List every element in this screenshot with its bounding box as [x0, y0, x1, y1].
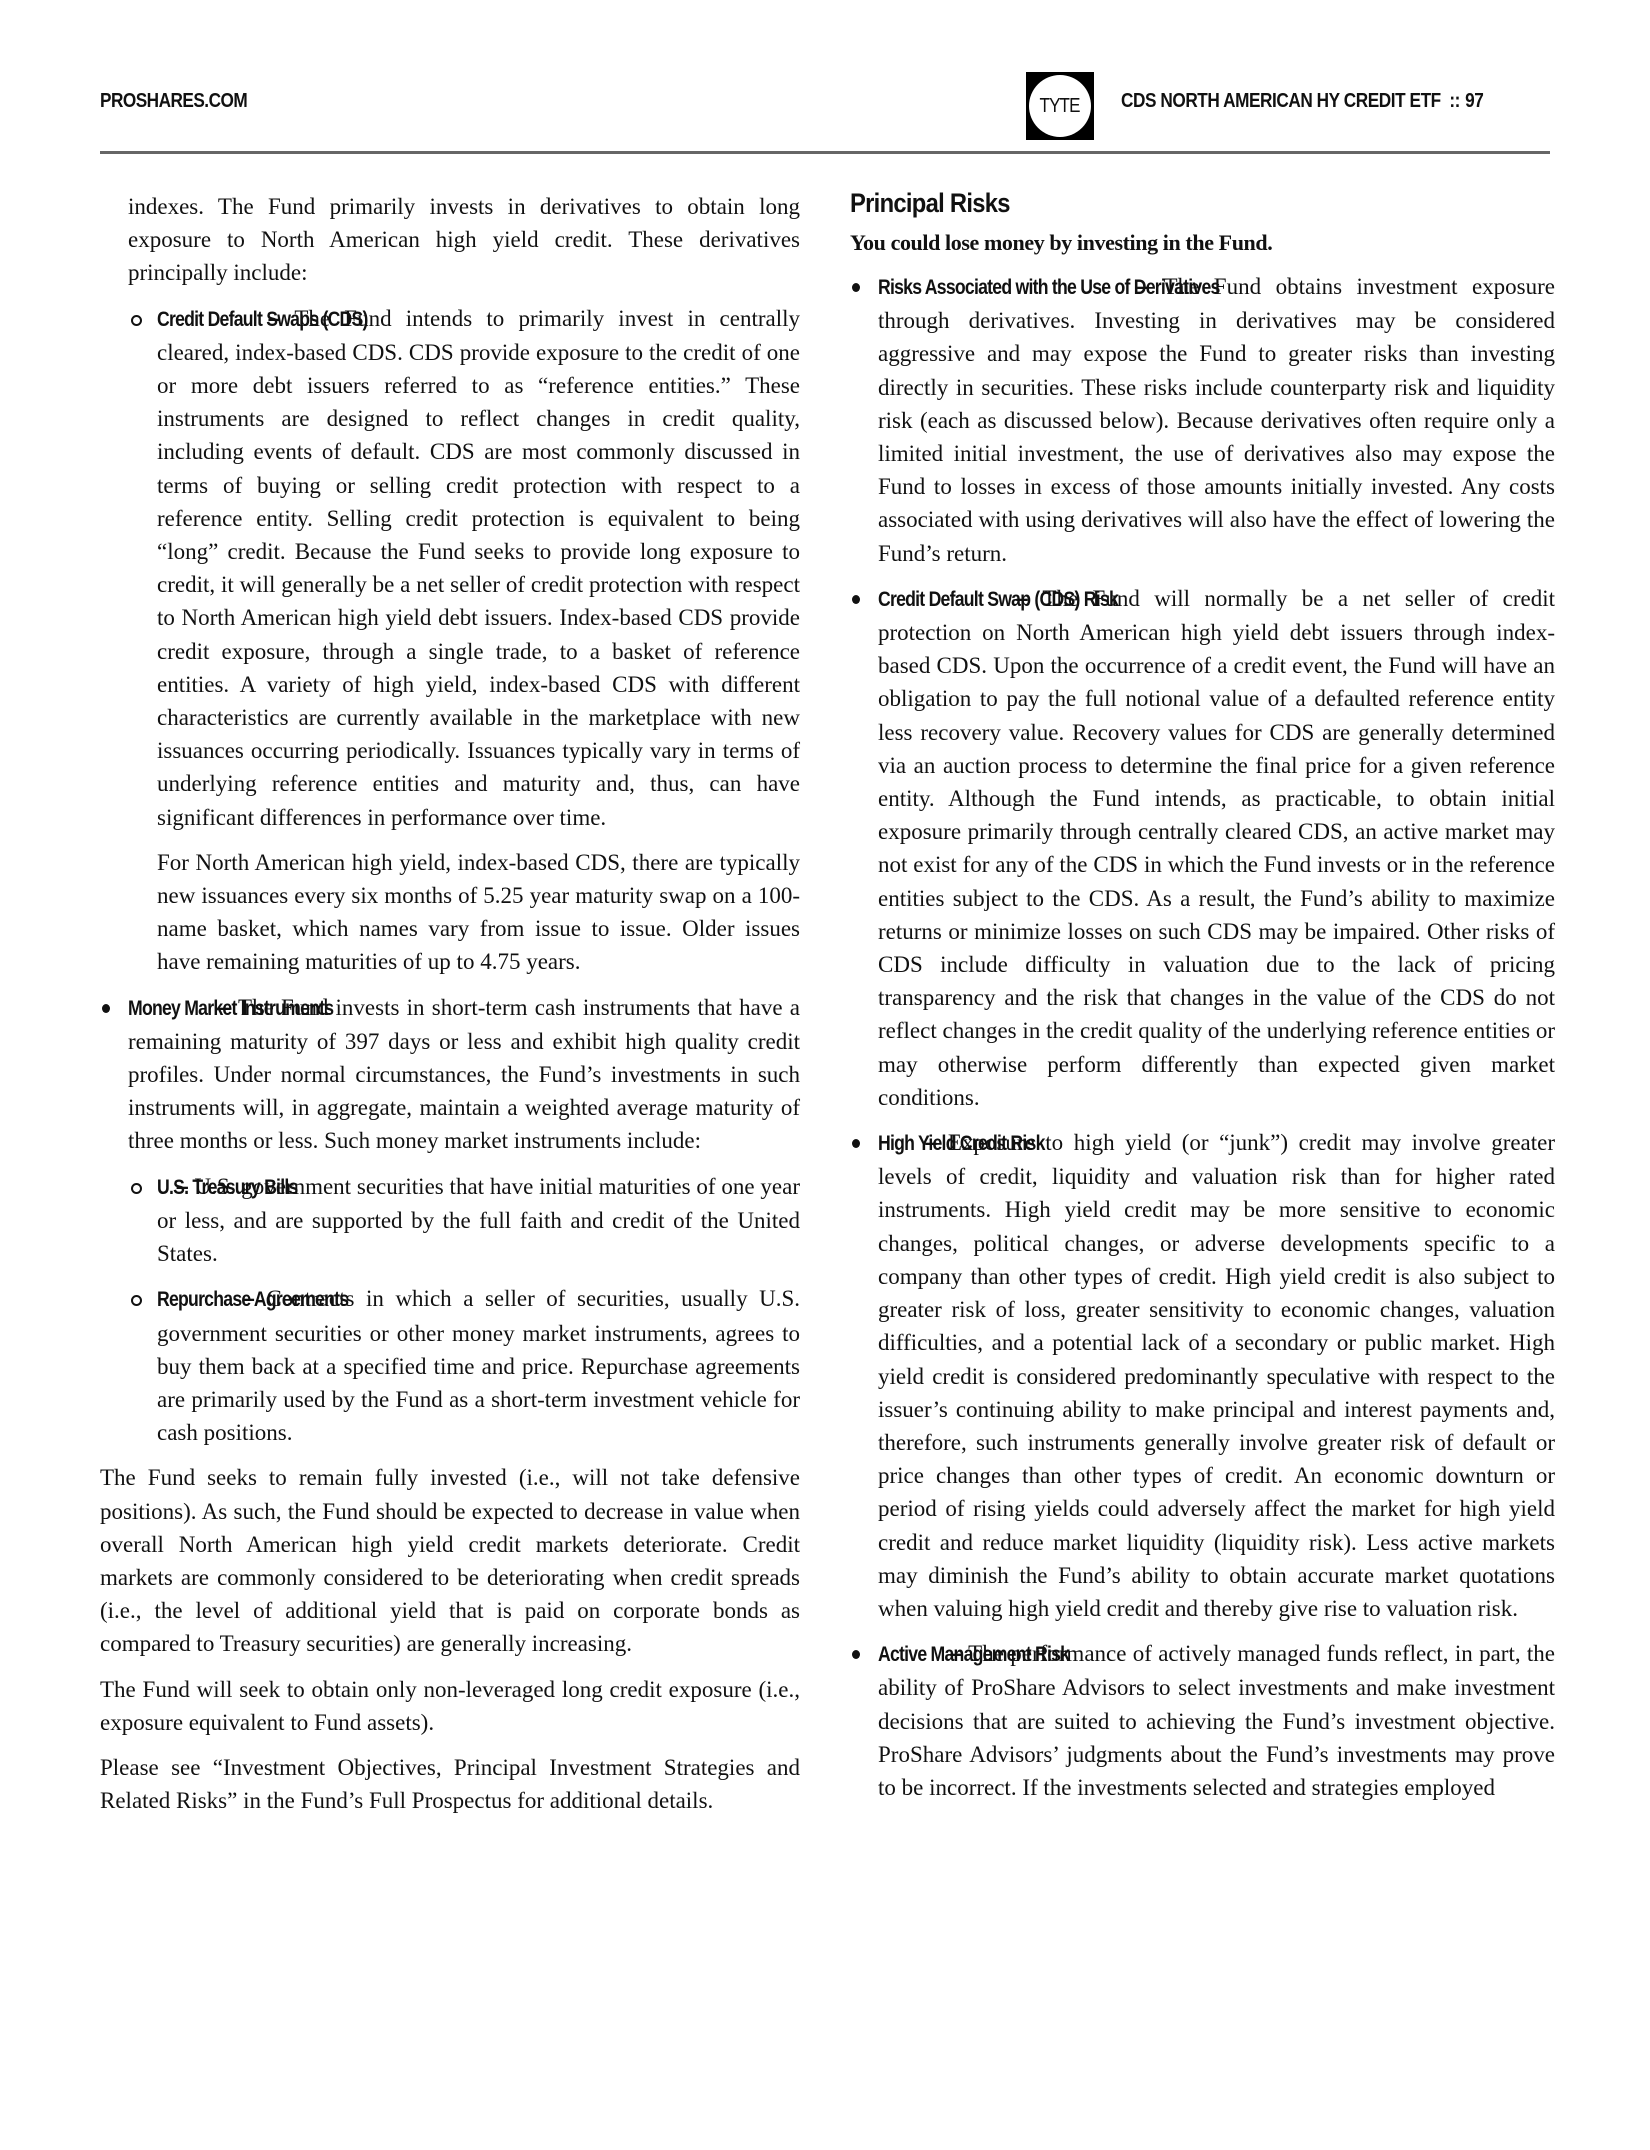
left-column: indexes. The Fund primarily invests in d… — [100, 190, 800, 1829]
list-item-repurchase-agreements: Repurchase Agreements – Contracts in whi… — [100, 1282, 800, 1449]
right-column: Principal Risks You could lose money by … — [850, 186, 1555, 1816]
item-lead: Repurchase Agreements — [157, 1283, 348, 1316]
intro-paragraph: indexes. The Fund primarily invests in d… — [100, 190, 800, 290]
list-item-treasury-bills: U.S. Treasury Bills – U.S. government se… — [100, 1170, 800, 1271]
fully-invested-paragraph: The Fund seeks to remain fully invested … — [100, 1461, 800, 1660]
header-separator: :: — [1449, 90, 1460, 112]
bullet-icon — [852, 1650, 860, 1659]
running-header: CDS NORTH AMERICAN HY CREDIT ETF::97 — [1121, 90, 1483, 113]
bullet-icon — [102, 1004, 110, 1013]
site-name: PROSHARES.COM — [100, 90, 247, 113]
non-leveraged-paragraph: The Fund will seek to obtain only non-le… — [100, 1673, 800, 1739]
hollow-bullet-icon — [131, 315, 142, 326]
risk-text: Exposure to high yield (or “junk”) credi… — [878, 1130, 1555, 1621]
item-lead: U.S. Treasury Bills — [157, 1171, 298, 1204]
risk-lead: High Yield Credit Risk — [878, 1127, 1045, 1160]
page-number: 97 — [1465, 90, 1483, 112]
prospectus-page: PROSHARES.COM TYTE CDS NORTH AMERICAN HY… — [0, 0, 1650, 2150]
cds-followup-paragraph: For North American high yield, index-bas… — [100, 846, 800, 979]
bullet-icon — [852, 283, 860, 292]
bullet-icon — [852, 1139, 860, 1148]
list-item-money-market: Money Market Instruments – The Fund inve… — [100, 991, 800, 1158]
fund-title: CDS NORTH AMERICAN HY CREDIT ETF — [1121, 90, 1441, 112]
item-text: The Fund intends to primarily invest in … — [157, 306, 800, 830]
section-title: Principal Risks — [850, 186, 1010, 220]
section-subtitle: You could lose money by investing in the… — [850, 228, 1555, 258]
see-prospectus-paragraph: Please see “Investment Objectives, Princ… — [100, 1751, 800, 1817]
hollow-bullet-icon — [131, 1183, 142, 1194]
ticker-label: TYTE — [1040, 95, 1080, 118]
list-item-cds: Credit Default Swaps (CDS) – The Fund in… — [100, 302, 800, 834]
risk-lead: Risks Associated with the Use of Derivat… — [878, 271, 1220, 304]
risk-lead: Credit Default Swap (CDS) Risk — [878, 583, 1118, 616]
risk-item-derivatives: Risks Associated with the Use of Derivat… — [850, 270, 1555, 570]
risk-lead: Active Management Risk — [878, 1638, 1069, 1671]
risk-item-active-management: Active Management Risk – The performance… — [850, 1637, 1555, 1804]
item-lead: Credit Default Swaps (CDS) — [157, 303, 368, 336]
item-lead: Money Market Instruments — [128, 992, 333, 1025]
risk-text: The Fund will normally be a net seller o… — [878, 586, 1555, 1110]
ticker-badge-circle: TYTE — [1029, 75, 1091, 137]
risk-text: The Fund obtains investment exposure thr… — [878, 274, 1555, 566]
ticker-badge: TYTE — [1026, 72, 1094, 140]
header-rule — [100, 151, 1550, 154]
risk-item-high-yield: High Yield Credit Risk – Exposure to hig… — [850, 1126, 1555, 1625]
bullet-icon — [852, 595, 860, 604]
hollow-bullet-icon — [131, 1295, 142, 1306]
risk-item-cds: Credit Default Swap (CDS) Risk – The Fun… — [850, 582, 1555, 1114]
